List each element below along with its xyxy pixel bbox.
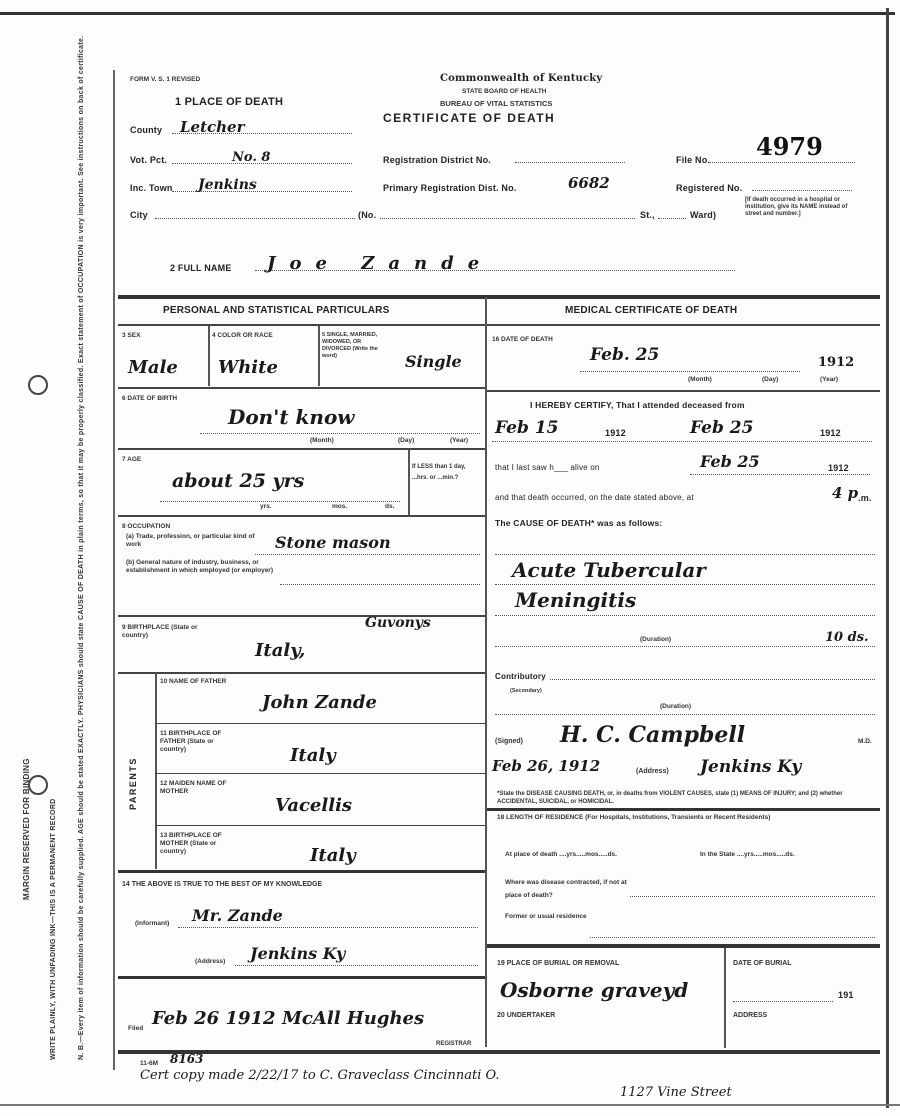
ward-field[interactable] [658, 205, 686, 219]
age-divider [408, 450, 410, 515]
certificate-title: CERTIFICATE OF DEATH [383, 111, 555, 125]
age-yrs-label: yrs. [260, 503, 272, 511]
no-label: (No. [358, 210, 376, 220]
birthplace-label: 9 BIRTHPLACE (State or country) [122, 624, 202, 640]
informant-address-field [235, 964, 478, 966]
form-bottom-rule [118, 1050, 880, 1054]
cause-line-2 [495, 614, 875, 616]
vot-pct-value: No. 8 [232, 150, 270, 165]
bureau-title: BUREAU OF VITAL STATISTICS [440, 100, 552, 108]
birthplace-extra: Guvonys [365, 615, 431, 631]
dob-year-label: (Year) [450, 437, 468, 445]
burial-place-value[interactable]: Osborne graveyd [500, 978, 688, 1002]
copy-note-line2: 1127 Vine Street [620, 1085, 732, 1100]
form-left-border [113, 70, 115, 1070]
margin-write-plainly: WRITE PLAINLY, WITH UNFADING INK—THIS IS… [50, 798, 57, 1060]
attended-from[interactable]: Feb 15 [495, 418, 558, 438]
contracted-label: Where was disease contracted, if not at … [505, 876, 645, 902]
occupation-b-field[interactable] [280, 583, 480, 585]
informant-value[interactable]: Mr. Zande [192, 906, 283, 925]
board-title: STATE BOARD OF HEALTH [462, 88, 547, 96]
cause-line-0 [495, 553, 875, 555]
row-rule-8 [155, 825, 485, 826]
form-code: 11-6M [140, 1060, 158, 1068]
age-ds-label: ds. [385, 503, 394, 511]
marital-label: 5 SINGLE, MARRIED, WIDOWED, OR DIVORCED … [322, 332, 382, 360]
section-divider-top [118, 295, 880, 299]
row-rule-7 [155, 773, 485, 774]
informant-field [178, 926, 478, 928]
med-rule-1 [487, 390, 880, 392]
dod-year: 1912 [818, 355, 854, 370]
parents-divider [155, 673, 157, 869]
color-value[interactable]: White [218, 357, 278, 378]
cause-line-1 [495, 583, 875, 585]
vot-pct-field[interactable]: No. 8 [172, 148, 352, 164]
occupation-b-label: (b) General nature of industry, business… [126, 559, 276, 575]
duration-label: (Duration) [640, 636, 671, 644]
mother-name-label: 12 MAIDEN NAME OF MOTHER [160, 780, 240, 796]
ward-label: Ward) [690, 210, 716, 220]
dod-day-label: (Day) [762, 376, 778, 384]
medical-heading: MEDICAL CERTIFICATE OF DEATH [565, 305, 737, 316]
city-field[interactable] [155, 205, 355, 219]
county-label: County [130, 125, 162, 135]
contributory-label: Contributory [495, 672, 546, 681]
death-occurred-text: and that death occurred, on the date sta… [495, 493, 694, 502]
mother-birthplace-label: 13 BIRTHPLACE OF MOTHER (State or countr… [160, 832, 240, 856]
last-seen-year: 1912 [828, 463, 849, 473]
file-no-label: File No. [676, 155, 710, 165]
death-time-suffix: .m. [858, 493, 872, 503]
duration-field [495, 645, 875, 647]
attended-to[interactable]: Feb 25 [690, 418, 753, 438]
row-rule-2 [118, 448, 485, 450]
form-number: FORM V. S. 1 REVISED [130, 76, 200, 84]
margin-note: N. B.—Every item of information should b… [78, 110, 85, 1060]
attended-to-year: 1912 [820, 428, 841, 438]
row-rule-3 [118, 515, 485, 517]
vot-pct-label: Vot. Pct. [130, 155, 167, 165]
city-label: City [130, 210, 148, 220]
registrar-value[interactable]: McAll Hughes [282, 1008, 424, 1029]
street-field[interactable] [380, 205, 635, 219]
last-seen-value[interactable]: Feb 25 [700, 452, 760, 471]
age-field [160, 500, 400, 502]
burial-date-field[interactable] [733, 1000, 833, 1002]
informant-address-value[interactable]: Jenkins Ky [250, 944, 345, 963]
attended-from-year: 1912 [605, 428, 626, 438]
death-time[interactable]: 4 p [832, 484, 858, 502]
inc-town-value: Jenkins [198, 177, 257, 193]
row-rule-10 [118, 976, 485, 979]
sex-value[interactable]: Male [128, 357, 178, 378]
hospital-note: [If death occurred in a hospital or inst… [745, 197, 855, 218]
father-name-value[interactable]: John Zande [262, 692, 377, 713]
burial-date-year: 191 [838, 990, 854, 1000]
row-rule-6 [155, 723, 485, 724]
burial-divider [724, 948, 726, 1048]
occupation-a-value[interactable]: Stone mason [275, 533, 391, 552]
color-label: 4 COLOR OR RACE [212, 332, 273, 340]
dob-value[interactable]: Don't know [228, 405, 355, 429]
cause-line2[interactable]: Meningitis [515, 588, 636, 612]
column-divider [485, 297, 487, 1047]
full-name-label: 2 FULL NAME [170, 263, 232, 273]
medical-heading-rule [487, 324, 880, 326]
dod-month-label: (Month) [688, 376, 712, 384]
duration-value[interactable]: 10 ds. [825, 630, 869, 645]
sex-divider [208, 326, 210, 386]
mother-birthplace-value[interactable]: Italy [310, 845, 356, 866]
last-seen-text: that I last saw h___ alive on [495, 463, 600, 472]
med-rule-3 [487, 944, 880, 948]
inc-town-field[interactable]: Jenkins [172, 176, 352, 192]
registrar-label: REGISTRAR [436, 1040, 471, 1048]
file-no-value: 4979 [756, 132, 823, 161]
address-value[interactable]: Jenkins Ky [700, 757, 801, 777]
burial-place-label: 19 PLACE OF BURIAL OR REMOVAL [497, 960, 619, 968]
age-mos-label: mos. [332, 503, 347, 511]
occupation-a-label: (a) Trade, profession, or particular kin… [126, 533, 266, 549]
inc-town-label: Inc. Town [130, 183, 173, 193]
reg-district-field[interactable] [515, 150, 625, 163]
dod-label: 16 DATE OF DEATH [492, 336, 553, 344]
birthplace-value[interactable]: Italy, [255, 640, 305, 661]
stamp-number: 8163 [170, 1052, 203, 1066]
footnote: *State the DISEASE CAUSING DEATH, or, in… [497, 790, 875, 806]
signed-value[interactable]: H. C. Campbell [560, 722, 745, 748]
registered-no-label: Registered No. [676, 183, 742, 193]
dob-label: 6 DATE OF BIRTH [122, 395, 177, 403]
age-value[interactable]: about 25 yrs [172, 470, 304, 492]
residence-heading: 18 LENGTH OF RESIDENCE (For Hospitals, I… [497, 814, 875, 822]
personal-heading-rule [118, 324, 485, 326]
undertaker-address-label: ADDRESS [733, 1012, 767, 1020]
filed-label: Filed [128, 1025, 143, 1033]
st-label: St., [640, 210, 655, 220]
dob-day-label: (Day) [398, 437, 414, 445]
father-birthplace-value[interactable]: Italy [290, 745, 336, 766]
former-residence-label: Former or usual residence [505, 910, 595, 923]
sex-label: 3 SEX [122, 332, 140, 340]
registered-no-field[interactable] [752, 178, 852, 191]
bottom-edge [0, 1104, 900, 1106]
place-of-death-heading: 1 PLACE OF DEATH [175, 96, 283, 108]
county-value: Letcher [180, 118, 245, 136]
contributory-duration-field [495, 713, 875, 715]
parents-label: PARENTS [128, 757, 138, 810]
contracted-field[interactable] [630, 895, 875, 897]
primary-reg-label: Primary Registration Dist. No. [383, 183, 517, 193]
full-name-field[interactable]: Joe Zande [255, 253, 735, 271]
top-edge [0, 12, 895, 15]
informant-address-label: (Address) [195, 958, 225, 966]
informant-label: (Informant) [135, 920, 169, 928]
copy-note-line1: Cert copy made 2/22/17 to C. Graveclass … [140, 1068, 500, 1083]
row-rule-5 [118, 672, 485, 674]
reg-district-label: Registration District No. [383, 155, 491, 165]
contributory-field[interactable] [550, 678, 875, 680]
father-birthplace-label: 11 BIRTHPLACE OF FATHER (State or countr… [160, 730, 240, 754]
row-rule-9 [118, 870, 485, 873]
age-label: 7 AGE [122, 456, 141, 464]
dob-month-label: (Month) [310, 437, 334, 445]
cause-heading: The CAUSE OF DEATH* was as follows: [495, 518, 662, 528]
mother-name-value[interactable]: Vacellis [275, 795, 352, 816]
full-name-value: Joe Zande [267, 253, 493, 274]
dod-value[interactable]: Feb. 25 [590, 345, 659, 365]
contributory-duration-label: (Duration) [660, 703, 691, 711]
binding-hole-bottom [28, 775, 48, 795]
burial-date-label: DATE OF BURIAL [733, 960, 792, 968]
occupation-label: 8 OCCUPATION [122, 523, 170, 531]
county-field[interactable]: Letcher [172, 118, 352, 134]
certify-text: I HEREBY CERTIFY, That I attended deceas… [530, 400, 745, 410]
dob-field [200, 432, 480, 434]
binding-hole-top [28, 375, 48, 395]
attended-field [492, 440, 872, 442]
md-label: M.D. [858, 738, 872, 746]
occupation-a-field [255, 553, 480, 555]
former-residence-field[interactable] [590, 936, 875, 938]
color-divider [318, 326, 320, 386]
at-place-label: At place of death ....yrs.....mos.....ds… [505, 848, 655, 861]
personal-heading: PERSONAL AND STATISTICAL PARTICULARS [163, 305, 389, 316]
secondary-label: (Secondary) [510, 687, 542, 695]
signed-label: (Signed) [495, 738, 523, 746]
dod-year-label: (Year) [820, 376, 838, 384]
marital-value[interactable]: Single [405, 352, 462, 371]
cause-line1[interactable]: Acute Tubercular [512, 558, 706, 582]
last-seen-field [690, 473, 870, 475]
primary-reg-value[interactable]: 6682 [568, 174, 610, 192]
less-than-day-label: If LESS than 1 day, ...hrs. or ...min.? [412, 462, 482, 484]
row-rule-1 [118, 387, 485, 389]
informant-heading: 14 THE ABOVE IS TRUE TO THE BEST OF MY K… [122, 881, 322, 889]
in-state-label: In the State ....yrs.....mos.....ds. [700, 848, 870, 861]
signed-date[interactable]: Feb 26, 1912 [492, 757, 600, 775]
commonwealth-title: Commonwealth of Kentucky [440, 73, 602, 84]
father-name-label: 10 NAME OF FATHER [160, 678, 230, 686]
right-edge [886, 8, 889, 1108]
address-label: (Address) [636, 768, 669, 776]
dod-field [580, 370, 800, 372]
med-rule-2 [487, 808, 880, 811]
filed-value[interactable]: Feb 26 1912 [152, 1008, 276, 1029]
undertaker-label: 20 UNDERTAKER [497, 1012, 555, 1020]
